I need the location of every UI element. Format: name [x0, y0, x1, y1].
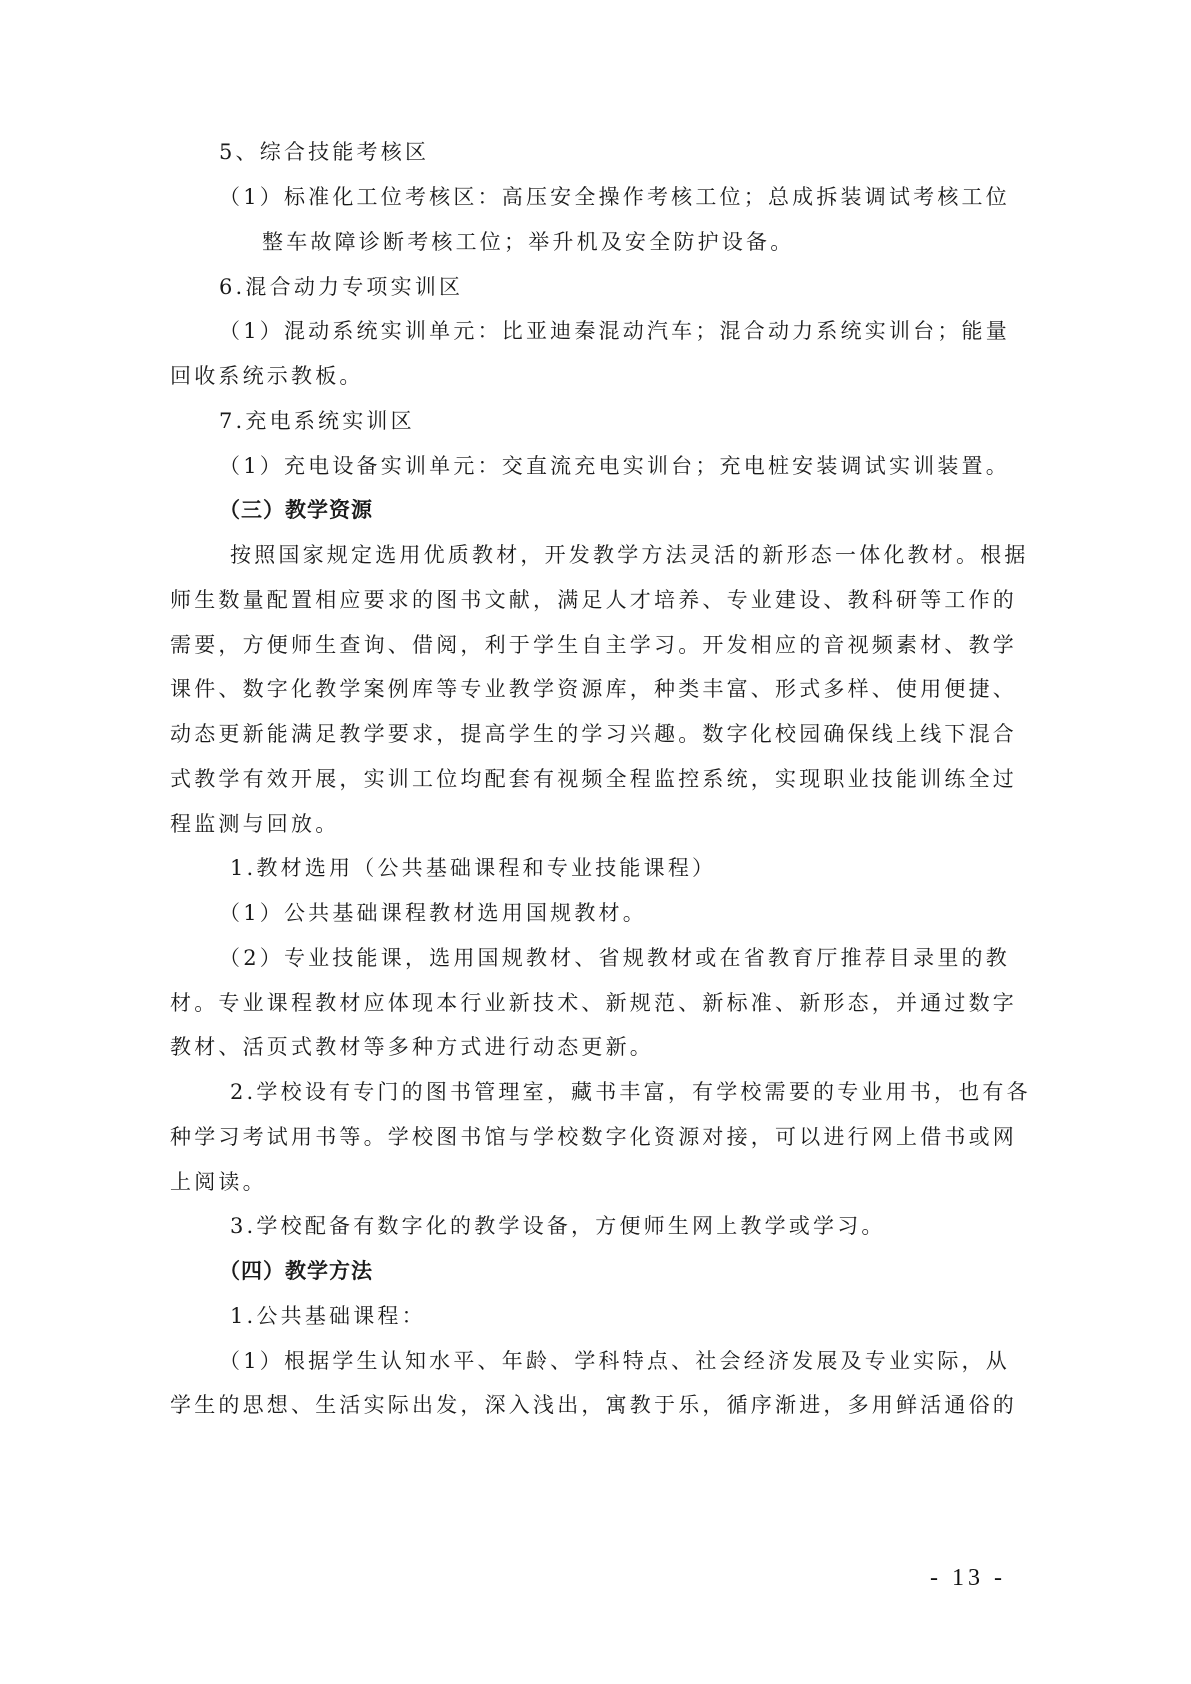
resources-paragraph-line-3: 需要，方便师生查询、借阅，利于学生自主学习。开发相应的音视频素材、教学 [170, 630, 1017, 660]
resources-paragraph-line-2: 师生数量配置相应要求的图书文献，满足人才培养、专业建设、教科研等工作的 [170, 585, 1017, 615]
resources-paragraph-line-1: 按照国家规定选用优质教材，开发教学方法灵活的新形态一体化教材。根据 [230, 540, 1029, 570]
section-6-title: 6.混合动力专项实训区 [219, 272, 463, 302]
public-courses-title: 1.公共基础课程： [230, 1301, 426, 1331]
section-7-item-1: （1）充电设备实训单元：交直流充电实训台；充电桩安装调试实训装置。 [219, 451, 1010, 481]
document-page: 5、综合技能考核区 （1）标准化工位考核区：高压安全操作考核工位；总成拆装调试考… [0, 0, 1191, 1684]
page-number: - 13 - [930, 1565, 1006, 1592]
textbook-selection-title: 1.教材选用（公共基础课程和专业技能课程） [230, 853, 716, 883]
section-6-item-1-cont: 回收系统示教板。 [170, 361, 364, 391]
library-paragraph-line-1: 2.学校设有专门的图书管理室，藏书丰富，有学校需要的专业用书，也有各 [230, 1077, 1031, 1107]
resources-paragraph-line-4: 课件、数字化教学案例库等专业教学资源库，种类丰富、形式多样、使用便捷、 [170, 674, 1017, 704]
textbook-item-1: （1）公共基础课程教材选用国规教材。 [219, 898, 647, 928]
heading-teaching-resources: （三）教学资源 [219, 495, 373, 525]
public-courses-item-1-cont: 学生的思想、生活实际出发，深入浅出，寓教于乐，循序渐进，多用鲜活通俗的 [170, 1390, 1017, 1420]
digital-equipment-paragraph: 3.学校配备有数字化的教学设备，方便师生网上教学或学习。 [230, 1211, 886, 1241]
textbook-item-2-cont-2: 教材、活页式教材等多种方式进行动态更新。 [170, 1032, 654, 1062]
resources-paragraph-line-6: 式教学有效开展，实训工位均配套有视频全程监控系统，实现职业技能训练全过 [170, 764, 1017, 794]
section-5-item-1: （1）标准化工位考核区：高压安全操作考核工位；总成拆装调试考核工位 [219, 182, 1010, 212]
public-courses-item-1: （1）根据学生认知水平、年龄、学科特点、社会经济发展及专业实际，从 [219, 1346, 1010, 1376]
textbook-item-2-cont-1: 材。专业课程教材应体现本行业新技术、新规范、新标准、新形态，并通过数字 [170, 988, 1017, 1018]
section-5-title: 5、综合技能考核区 [219, 137, 429, 167]
textbook-item-2: （2）专业技能课，选用国规教材、省规教材或在省教育厅推荐目录里的教 [219, 943, 1010, 973]
resources-paragraph-line-7: 程监测与回放。 [170, 809, 339, 839]
heading-teaching-methods: （四）教学方法 [219, 1256, 373, 1286]
section-7-title: 7.充电系统实训区 [219, 406, 415, 436]
library-paragraph-line-3: 上阅读。 [170, 1167, 267, 1197]
section-6-item-1: （1）混动系统实训单元：比亚迪秦混动汽车；混合动力系统实训台；能量 [219, 316, 1010, 346]
resources-paragraph-line-5: 动态更新能满足教学要求，提高学生的学习兴趣。数字化校园确保线上线下混合 [170, 719, 1017, 749]
library-paragraph-line-2: 种学习考试用书等。学校图书馆与学校数字化资源对接，可以进行网上借书或网 [170, 1122, 1017, 1152]
section-5-item-1-cont: 整车故障诊断考核工位；举升机及安全防护设备。 [262, 227, 794, 257]
